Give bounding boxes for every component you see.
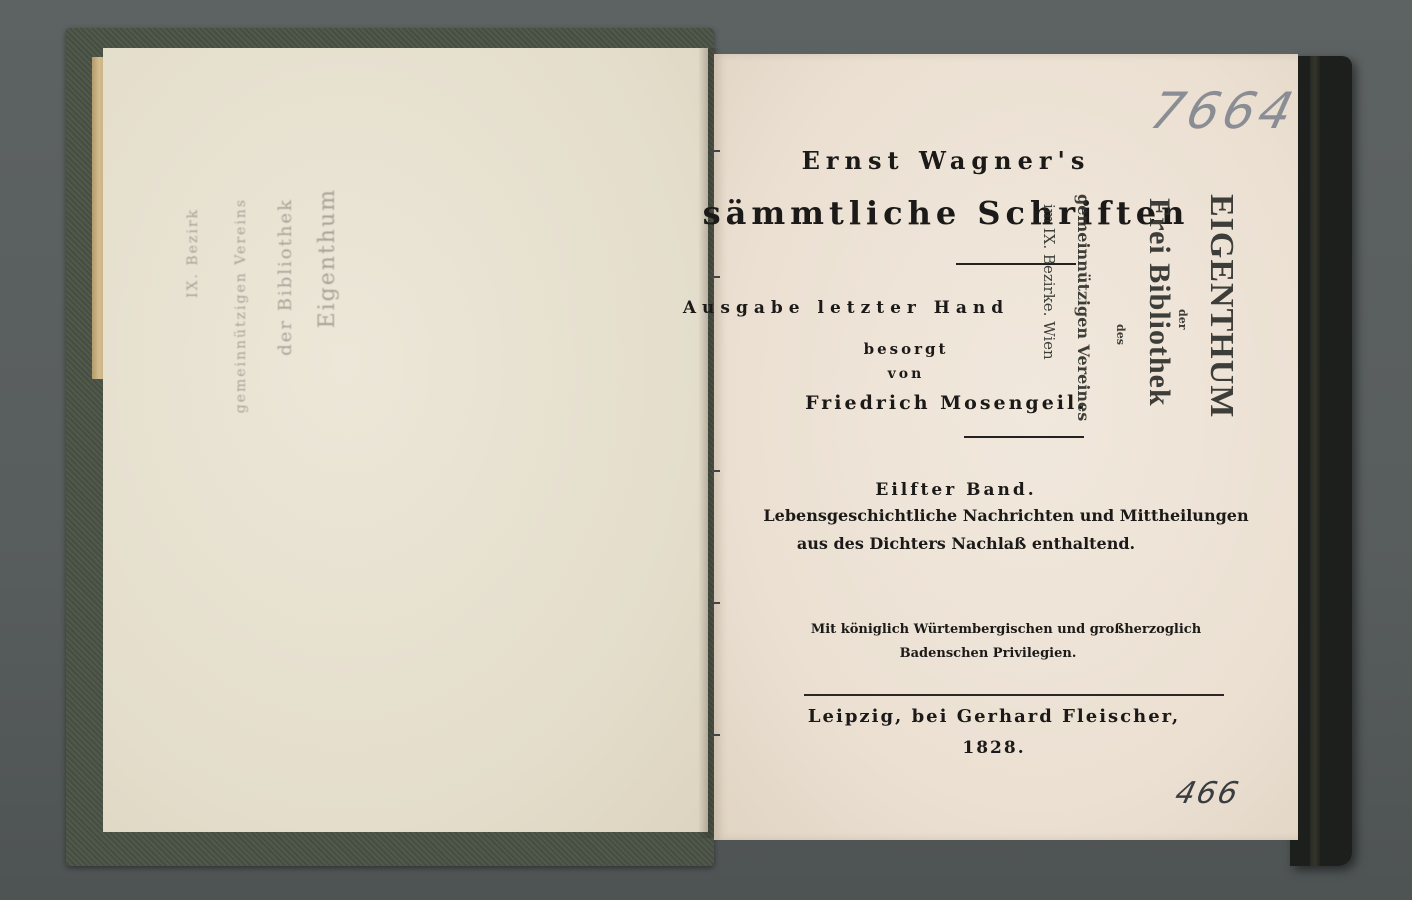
by-label: von (614, 366, 1198, 382)
edited-by-label: besorgt (614, 340, 1198, 358)
imprint-line: Leipzig, bei Gerhard Fleischer, (702, 706, 1286, 727)
handwritten-shelf-number: 7664 (1145, 82, 1303, 140)
binding-stitch (714, 276, 720, 278)
subtitle-line-1: Lebensgeschichtliche Nachrichten und Mit… (714, 506, 1298, 525)
library-stamp-verein: gemeinnützigen Vereines (1074, 194, 1093, 421)
library-stamp-bibliothek: Frei Bibliothek (1142, 198, 1176, 407)
privilege-line-1: Mit königlich Würtembergischen und großh… (714, 622, 1298, 637)
left-page: Eigenthum der Bibliothek gemeinnützigen … (103, 48, 708, 832)
library-stamp-bezirk: im IX. Bezirke. Wien (1040, 204, 1058, 360)
volume-label: Eilfter Band. (664, 480, 1248, 500)
divider-rule (804, 694, 1224, 696)
cover-edge (1310, 56, 1320, 866)
title-page: Ernst Wagner's sämmtliche Schriften Ausg… (714, 54, 1298, 840)
library-stamp-der: der (1176, 309, 1189, 330)
subtitle-line-2: aus des Dichters Nachlaß enthaltend. (674, 534, 1258, 553)
bleed-through-text: der Bibliothek (275, 198, 296, 356)
handwritten-number: 466 (1172, 776, 1244, 811)
binding-stitch (714, 470, 720, 472)
publication-year: 1828. (702, 738, 1286, 758)
divider-rule (964, 436, 1084, 438)
book-cover-right (1290, 56, 1352, 866)
bleed-through-text: IX. Bezirk (185, 208, 201, 298)
bleed-through-text: Eigenthum (315, 188, 340, 328)
bleed-through-text: gemeinnützigen Vereins (233, 198, 249, 413)
library-stamp-eigenthum: EIGENTHUM (1202, 194, 1240, 418)
library-stamp-des: des (1114, 324, 1127, 345)
divider-rule (956, 263, 1076, 265)
binding-stitch (714, 734, 720, 736)
binding-stitch (714, 602, 720, 604)
privilege-line-2: Badenschen Privilegien. (696, 646, 1280, 661)
author-line: Ernst Wagner's (654, 146, 1238, 175)
